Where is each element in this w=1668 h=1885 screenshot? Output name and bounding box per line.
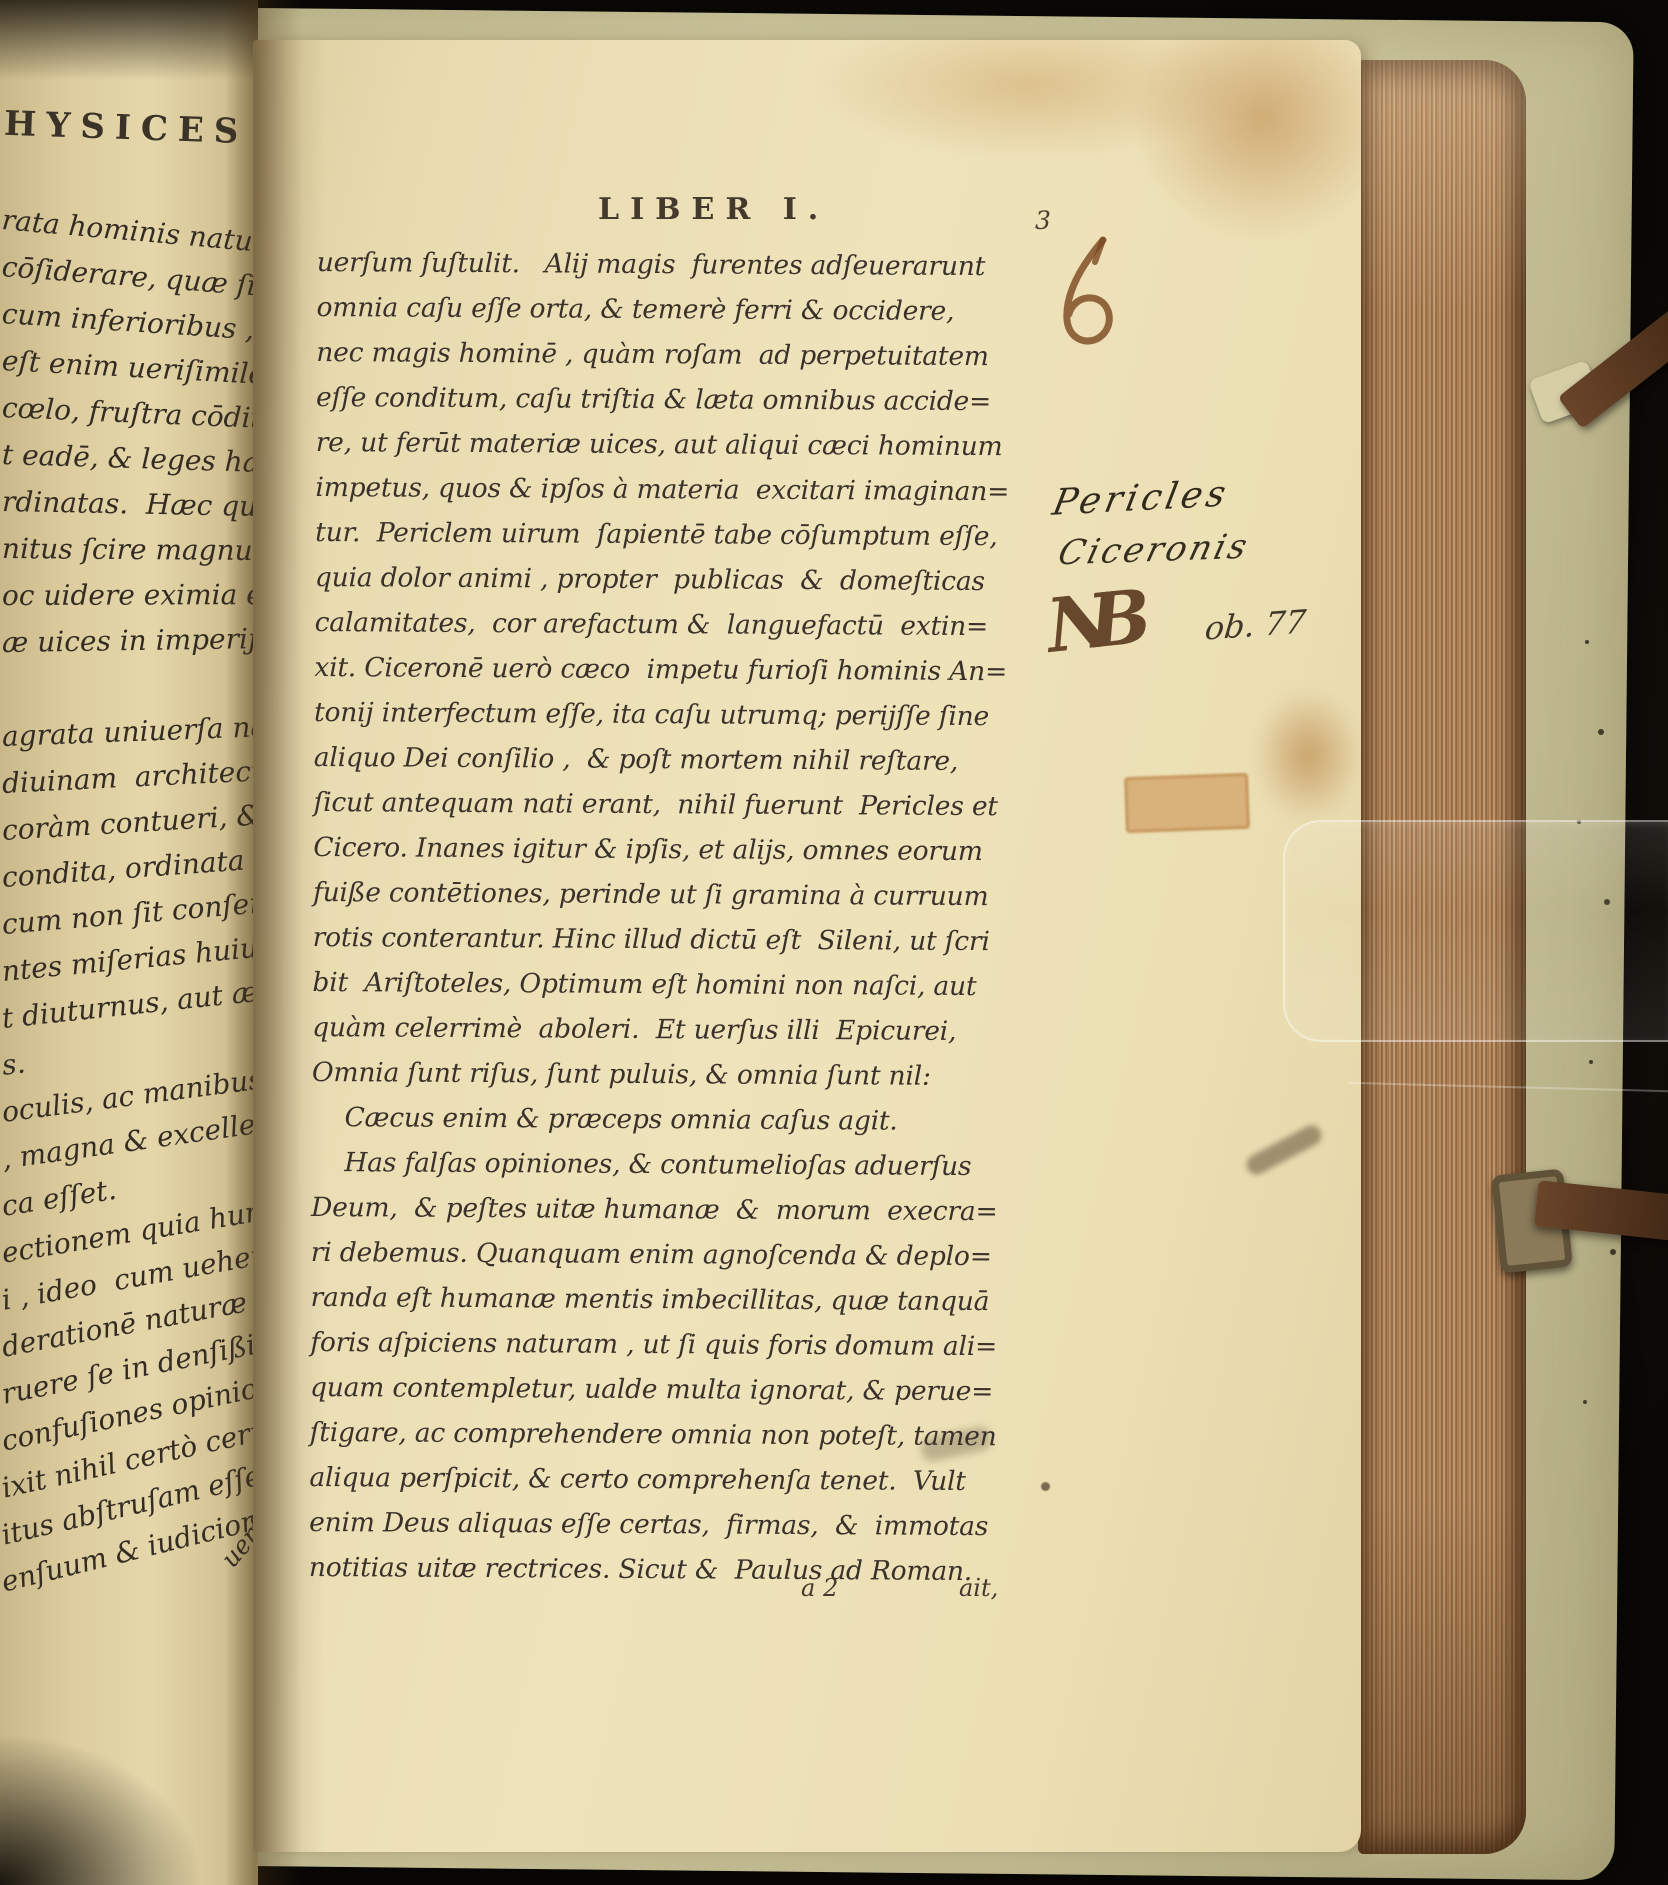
plastic-strap <box>1283 820 1668 1042</box>
text-line: aliquo Dei conſilio , & poſt mortem nihi… <box>314 735 1074 785</box>
brown-ink-mark <box>1051 232 1123 364</box>
left-page: HYSICES rata hominis natura, ſuſpicere i… <box>0 0 258 1885</box>
text-line: tonij interfectum eſſe, ita caſu utrumq;… <box>314 690 1074 740</box>
left-page-text: rata hominis natura, ſuſpicere incōſider… <box>2 196 258 1606</box>
text-line: ri debemus. Quanquam enim agnoſcenda & d… <box>311 1230 1071 1280</box>
running-title-fragment: HYSICES <box>3 104 249 153</box>
text-line: re, ut ferūt materiæ uices, aut aliqui c… <box>316 420 1076 470</box>
text-line: æ uices in imperijs , & regionum <box>2 614 258 666</box>
text-line: quam contempletur, ualde multa ignorat, … <box>310 1365 1070 1415</box>
text-line: Has falſas opiniones, & contumelioſas ad… <box>311 1140 1071 1190</box>
text-line: quàm celerrimè aboleri. Et uerſus illi E… <box>312 1005 1072 1055</box>
text-line: nec magis hominē , quàm roſam ad perpetu… <box>316 330 1076 380</box>
text-line: Deum, & peſtes uitæ humanæ & morum execr… <box>311 1185 1071 1235</box>
text-line: xit. Ciceronē uerò cæco impetu furioſi h… <box>314 645 1074 695</box>
signature-line: a 2 ait, <box>253 1574 1361 1614</box>
text-line: quia dolor animi , propter publicas & do… <box>315 555 1075 605</box>
body-text: uerſum ſuſtulit. Alij magis furentes adſ… <box>309 240 1077 1595</box>
text-line: foris aſpiciens naturam , ut ſi quis for… <box>310 1320 1070 1370</box>
text-line: rotis conterantur. Hinc illud dictū eſt … <box>313 915 1073 965</box>
photograph: HYSICES rata hominis natura, ſuſpicere i… <box>0 0 1668 1885</box>
text-line: ſicut antequam nati erant, nihil fuerunt… <box>313 780 1073 830</box>
marginalia-scrawl-line-3: ob. 77 <box>1203 602 1308 647</box>
text-line: randa eſt humanæ mentis imbecillitas, qu… <box>310 1275 1070 1325</box>
page-shadow <box>0 0 258 80</box>
text-line: eſſe conditum, caſu triſtia & læta omnib… <box>316 375 1076 425</box>
text-line: rdinatas. Hæc quid ſint, & quan <box>2 478 258 532</box>
text-line: tur. Periclem uirum ſapientē tabe cōſump… <box>315 510 1075 560</box>
nota-bene-monogram: NB <box>1043 576 1130 670</box>
text-line: oc uidere eximia eſſet ſapientia, ut <box>2 571 258 619</box>
repair-patch-stain <box>1124 773 1250 833</box>
text-line: Cicero. Inanes igitur & ipſis, et alijs,… <box>313 825 1073 875</box>
dark-smudge <box>1243 1122 1325 1178</box>
catchword-right-page: ait, <box>959 1574 998 1602</box>
text-line: calamitates, cor arefactum & languefactū… <box>315 600 1075 650</box>
page-shadow <box>0 1690 258 1885</box>
text-line: fuiße contētiones, perinde ut ſi gramina… <box>313 870 1073 920</box>
text-line: uerſum ſuſtulit. Alij magis furentes adſ… <box>317 240 1077 290</box>
text-line: omnia caſu eſſe orta, & temerè ferri & o… <box>316 285 1076 335</box>
paper-stain <box>1133 40 1361 240</box>
text-line: aliqua perſpicit, & certo comprehenſa te… <box>309 1455 1069 1505</box>
marginalia-scrawl-line-2: Ciceronis <box>1054 526 1254 573</box>
right-page: LIBER I. 3 uerſum ſuſtulit. Alij magis f… <box>253 40 1361 1852</box>
cover-speckles <box>1585 640 1589 644</box>
paper-stain <box>1253 688 1361 823</box>
text-line: nitus ſcire magnum quiddam eſſe. <box>2 525 258 575</box>
page-number: 3 <box>1035 206 1051 235</box>
clasp-bottom <box>1478 1130 1668 1320</box>
text-line: Omnia ſunt riſus, ſunt puluis, & omnia ſ… <box>312 1050 1072 1100</box>
marginalia-scrawl-line-1: Pericles <box>1049 473 1233 524</box>
text-line: enim Deus aliquas eſſe certas, firmas, &… <box>309 1500 1069 1550</box>
text-line: bit Ariſtoteles, Optimum eſt homini non … <box>312 960 1072 1010</box>
text-line: Cæcus enim & præceps omnia caſus agit. <box>312 1095 1072 1145</box>
text-line: impetus, quos & ipſos à materia excitari… <box>315 465 1075 515</box>
text-line: ſtigare, ac comprehendere omnia non pote… <box>310 1410 1070 1460</box>
page-heading: LIBER I. <box>598 192 829 227</box>
clasp-top <box>1540 295 1668 445</box>
signature-mark: a 2 <box>801 1574 838 1602</box>
